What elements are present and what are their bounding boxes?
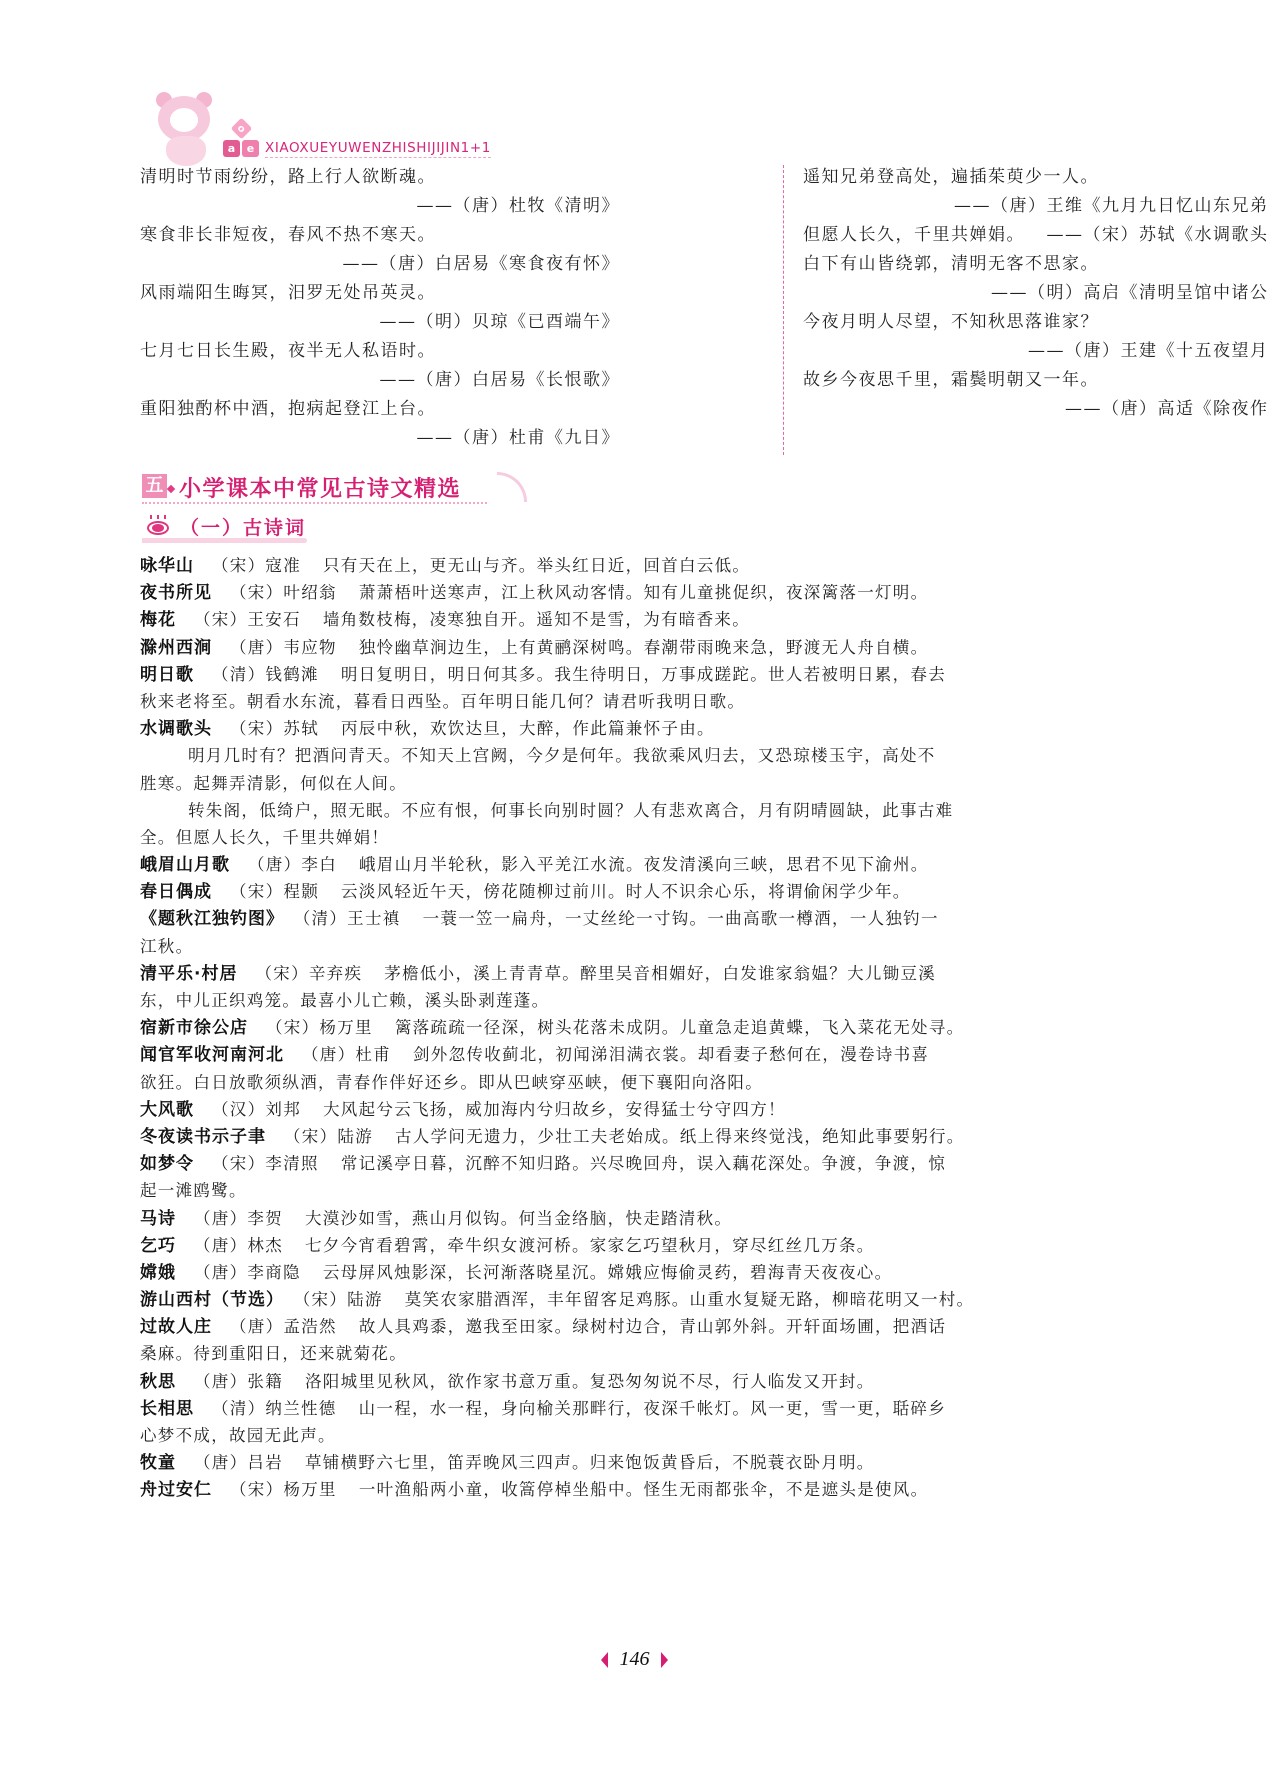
poem-entry: 舟过安仁（宋）杨万里一叶渔船两小童，收篙停棹坐船中。怪生无雨都张伞，不是遮头是使… <box>140 1476 1152 1503</box>
poem-author: （唐）韦应物 <box>230 638 337 657</box>
quote-text: 遥知兄弟登高处，遍插茱萸少一人。 <box>803 163 1269 192</box>
poem-author: （宋）寇准 <box>212 556 301 575</box>
poem-entry: 马诗（唐）李贺大漠沙如雪，燕山月似钩。何当金络脑，快走踏清秋。 <box>140 1205 1152 1232</box>
page-number-value: 146 <box>620 1648 650 1670</box>
poem-author: （清）纳兰性德 <box>212 1399 337 1418</box>
arrow-left-icon <box>601 1652 608 1668</box>
poem-text: 篱落疏疏一径深，树头花落未成阴。儿童急走追黄蝶，飞入菜花无处寻。 <box>395 1018 965 1037</box>
poem-title: 滁州西涧 <box>140 638 212 658</box>
poem-title: 春日偶成 <box>140 882 212 902</box>
poem-text: 全。但愿人长久，千里共婵娟！ <box>140 828 389 847</box>
quote-source: ——（唐）杜甫《九日》 <box>140 424 620 453</box>
poem-entry: 清平乐·村居（宋）辛弃疾茅檐低小，溪上青青草。醉里吴音相媚好，白发谁家翁媪？大儿… <box>140 960 1152 1014</box>
poem-text: 故人具鸡黍，邀我至田家。绿树村边合，青山郭外斜。开轩面场圃，把酒话 <box>359 1317 946 1336</box>
quote-text: 但愿人长久，千里共婵娟。 <box>803 221 1025 250</box>
poem-text: 大风起兮云飞扬，威加海内兮归故乡，安得猛士兮守四方！ <box>323 1100 786 1119</box>
poem-line: 欲狂。白日放歌须纵酒，青春作伴好还乡。即从巴峡穿巫峡，便下襄阳向洛阳。 <box>140 1069 1152 1096</box>
poem-line: 梅花（宋）王安石墙角数枝梅，凌寒独自开。遥知不是雪，为有暗香来。 <box>140 606 1152 633</box>
quote-inline: 但愿人长久，千里共婵娟。 ——（宋）苏轼《水调歌头》 <box>803 221 1269 250</box>
poem-line: 全。但愿人长久，千里共婵娟！ <box>140 824 1152 851</box>
poem-author: （宋）陆游 <box>302 1290 383 1309</box>
poem-entry: 如梦令（宋）李清照常记溪亭日暮，沉醉不知归路。兴尽晚回舟，误入藕花深处。争渡，争… <box>140 1150 1152 1204</box>
quote-text: 重阳独酌杯中酒，抱病起登江上台。 <box>140 395 620 424</box>
poem-text: 江秋。 <box>140 937 193 956</box>
poem-author: （唐）杜甫 <box>302 1045 391 1064</box>
poem-author: （汉）刘邦 <box>212 1100 301 1119</box>
poem-text: 云淡风轻近午天，傍花随柳过前川。时人不识余心乐，将谓偷闲学少年。 <box>341 882 911 901</box>
poem-line: 牧童（唐）吕岩草铺横野六七里，笛弄晚风三四声。归来饱饭黄昏后，不脱蓑衣卧月明。 <box>140 1449 1152 1476</box>
poem-text: 草铺横野六七里，笛弄晚风三四声。归来饱饭黄昏后，不脱蓑衣卧月明。 <box>305 1453 875 1472</box>
poem-line: 江秋。 <box>140 933 1152 960</box>
quotes-right-column: 遥知兄弟登高处，遍插茱萸少一人。 ——（唐）王维《九月九日忆山东兄弟》 但愿人长… <box>803 163 1269 424</box>
poem-text: 东，中儿正织鸡笼。最喜小儿亡赖，溪头卧剥莲蓬。 <box>140 991 549 1010</box>
poem-title: 冬夜读书示子聿 <box>140 1127 266 1147</box>
poem-author: （清）钱鹤滩 <box>212 665 319 684</box>
poem-line: 峨眉山月歌（唐）李白峨眉山月半轮秋，影入平羌江水流。夜发清溪向三峡，思君不见下渝… <box>140 851 1152 878</box>
quote-source: ——（宋）苏轼《水调歌头》 <box>1047 221 1269 250</box>
poem-entry: 宿新市徐公店（宋）杨万里篱落疏疏一径深，树头花落未成阴。儿童急走追黄蝶，飞入菜花… <box>140 1014 1152 1041</box>
poem-line: 咏华山（宋）寇准只有天在上，更无山与齐。举头红日近，回首白云低。 <box>140 552 1152 579</box>
poem-text: 转朱阁，低绮户，照无眠。不应有恨，何事长向别时圆？人有悲欢离合，月有阴晴圆缺，此… <box>188 801 953 820</box>
section-heading: 五 小学课本中常见古诗文精选 <box>142 470 542 506</box>
poem-text: 一叶渔船两小童，收篙停棹坐船中。怪生无雨都张伞，不是遮头是使风。 <box>359 1480 929 1499</box>
poem-text: 起一滩鸥鹭。 <box>140 1181 247 1200</box>
arrow-right-icon <box>661 1652 668 1668</box>
brand-title: XIAOXUEYUWENZHISHIJIJIN1+1 <box>265 140 491 158</box>
poem-entry: 牧童（唐）吕岩草铺横野六七里，笛弄晚风三四声。归来饱饭黄昏后，不脱蓑衣卧月明。 <box>140 1449 1152 1476</box>
poem-line: 滁州西涧（唐）韦应物独怜幽草涧边生，上有黄鹂深树鸣。春潮带雨晚来急，野渡无人舟自… <box>140 634 1152 661</box>
poem-text: 明日复明日，明日何其多。我生待明日，万事成蹉跎。世人若被明日累，春去 <box>341 665 946 684</box>
poem-title: 嫦娥 <box>140 1263 176 1283</box>
poem-line: 胜寒。起舞弄清影，何似在人间。 <box>140 770 1152 797</box>
subsection-underline <box>142 538 307 543</box>
subsection-heading: （一）古诗词 <box>142 511 312 541</box>
poem-title: 大风歌 <box>140 1100 194 1120</box>
poem-text: 云母屏风烛影深，长河渐落晓星沉。嫦娥应悔偷灵药，碧海青天夜夜心。 <box>323 1263 893 1282</box>
poem-entry: 秋思（唐）张籍洛阳城里见秋风，欲作家书意万重。复恐匆匆说不尽，行人临发又开封。 <box>140 1368 1152 1395</box>
poem-text: 常记溪亭日暮，沉醉不知归路。兴尽晚回舟，误入藕花深处。争渡，争渡，惊 <box>341 1154 946 1173</box>
poem-text: 古人学问无遗力，少壮工夫老始成。纸上得来终觉浅，绝知此事要躬行。 <box>395 1127 965 1146</box>
poem-text: 欲狂。白日放歌须纵酒，青春作伴好还乡。即从巴峡穿巫峡，便下襄阳向洛阳。 <box>140 1073 763 1092</box>
poem-text: 丙辰中秋，欢饮达旦，大醉，作此篇兼怀子由。 <box>341 719 715 738</box>
quote-text: 今夜月明人尽望，不知秋思落谁家？ <box>803 308 1269 337</box>
poem-title: 如梦令 <box>140 1154 194 1174</box>
poem-entry: 峨眉山月歌（唐）李白峨眉山月半轮秋，影入平羌江水流。夜发清溪向三峡，思君不见下渝… <box>140 851 1152 878</box>
poem-author: （唐）李商隐 <box>194 1263 301 1282</box>
poem-line: 宿新市徐公店（宋）杨万里篱落疏疏一径深，树头花落未成阴。儿童急走追黄蝶，飞入菜花… <box>140 1014 1152 1041</box>
poem-author: （唐）吕岩 <box>194 1453 283 1472</box>
poem-text: 剑外忽传收蓟北，初闻涕泪满衣裳。却看妻子愁何在，漫卷诗书喜 <box>413 1045 929 1064</box>
poem-title: 闻官军收河南河北 <box>140 1045 284 1065</box>
mascot-illustration-icon <box>140 90 225 170</box>
poem-text: 秋来老将至。朝看水东流，暮看日西坠。百年明日能几何？请君听我明日歌。 <box>140 692 745 711</box>
poem-line: 《题秋江独钓图》（清）王士禛一蓑一笠一扁舟，一丈丝纶一寸钩。一曲高歌一樽酒，一人… <box>140 905 1152 932</box>
quote-text: 故乡今夜思千里，霜鬓明朝又一年。 <box>803 366 1269 395</box>
eye-icon <box>142 515 174 537</box>
poem-entry: 大风歌（汉）刘邦大风起兮云飞扬，威加海内兮归故乡，安得猛士兮守四方！ <box>140 1096 1152 1123</box>
poem-title: 峨眉山月歌 <box>140 855 230 875</box>
section-title: 小学课本中常见古诗文精选 <box>179 472 461 503</box>
poem-author: （唐）孟浩然 <box>230 1317 337 1336</box>
poem-title: 舟过安仁 <box>140 1480 212 1500</box>
poem-title: 过故人庄 <box>140 1317 212 1337</box>
poem-line: 心梦不成，故园无此声。 <box>140 1422 1152 1449</box>
poem-line: 水调歌头（宋）苏轼丙辰中秋，欢饮达旦，大醉，作此篇兼怀子由。 <box>140 715 1152 742</box>
poem-entry: 水调歌头（宋）苏轼丙辰中秋，欢饮达旦，大醉，作此篇兼怀子由。明月几时有？把酒问青… <box>140 715 1152 851</box>
poem-title: 咏华山 <box>140 556 194 576</box>
quote-source: ——（唐）高适《除夜作》 <box>803 395 1269 424</box>
poem-text: 一蓑一笠一扁舟，一丈丝纶一寸钩。一曲高歌一樽酒，一人独钓一 <box>423 909 939 928</box>
poem-line: 长相思（清）纳兰性德山一程，水一程，身向榆关那畔行，夜深千帐灯。风一更，雪一更，… <box>140 1395 1152 1422</box>
poem-author: （宋）辛弃疾 <box>255 964 362 983</box>
poem-line: 乞巧（唐）林杰七夕今宵看碧霄，牵牛织女渡河桥。家家乞巧望秋月，穿尽红丝几万条。 <box>140 1232 1152 1259</box>
column-divider <box>783 165 784 455</box>
poem-text: 明月几时有？把酒问青天。不知天上宫阙，今夕是何年。我欲乘风归去，又恐琼楼玉宇，高… <box>188 746 936 765</box>
poem-author: （宋）王安石 <box>194 610 301 629</box>
poem-title: 牧童 <box>140 1453 176 1473</box>
section-number: 五 <box>142 474 167 498</box>
quote-source: ——（唐）王维《九月九日忆山东兄弟》 <box>803 192 1269 221</box>
page-number: 146 <box>0 1648 1269 1671</box>
poem-author: （唐）张籍 <box>194 1372 283 1391</box>
poem-line: 舟过安仁（宋）杨万里一叶渔船两小童，收篙停棹坐船中。怪生无雨都张伞，不是遮头是使… <box>140 1476 1152 1503</box>
poem-line: 起一滩鸥鹭。 <box>140 1177 1152 1204</box>
poem-author: （唐）林杰 <box>194 1236 283 1255</box>
poem-author: （唐）李白 <box>248 855 337 874</box>
poem-line: 冬夜读书示子聿（宋）陆游古人学问无遗力，少壮工夫老始成。纸上得来终觉浅，绝知此事… <box>140 1123 1152 1150</box>
poem-text: 莫笑农家腊酒浑，丰年留客足鸡豚。山重水复疑无路，柳暗花明又一村。 <box>405 1290 975 1309</box>
poem-line: 明日歌（清）钱鹤滩明日复明日，明日何其多。我生待明日，万事成蹉跎。世人若被明日累… <box>140 661 1152 688</box>
signal-waves-icon <box>497 472 527 502</box>
poem-line: 明月几时有？把酒问青天。不知天上宫阙，今夕是何年。我欲乘风归去，又恐琼楼玉宇，高… <box>140 742 1152 769</box>
poem-entry: 长相思（清）纳兰性德山一程，水一程，身向榆关那畔行，夜深千帐灯。风一更，雪一更，… <box>140 1395 1152 1449</box>
quote-text: 清明时节雨纷纷，路上行人欲断魂。 <box>140 163 620 192</box>
quote-text: 风雨端阳生晦冥，汨罗无处吊英灵。 <box>140 279 620 308</box>
quote-text: 寒食非长非短夜，春风不热不寒天。 <box>140 221 620 250</box>
poem-text: 萧萧梧叶送寒声，江上秋风动客情。知有儿童挑促织，夜深篱落一灯明。 <box>359 583 929 602</box>
poem-entry: 梅花（宋）王安石墙角数枝梅，凌寒独自开。遥知不是雪，为有暗香来。 <box>140 606 1152 633</box>
section-dotted-rule <box>142 502 487 504</box>
poem-text: 大漠沙如雪，燕山月似钩。何当金络脑，快走踏清秋。 <box>305 1209 732 1228</box>
quote-text: 七月七日长生殿，夜半无人私语时。 <box>140 337 620 366</box>
quote-source: ——（唐）杜牧《清明》 <box>140 192 620 221</box>
poem-title: 《题秋江独钓图》 <box>140 909 284 929</box>
section-bullet-icon <box>167 485 175 493</box>
poem-entry: 闻官军收河南河北（唐）杜甫剑外忽传收蓟北，初闻涕泪满衣裳。却看妻子愁何在，漫卷诗… <box>140 1041 1152 1095</box>
poem-text: 七夕今宵看碧霄，牵牛织女渡河桥。家家乞巧望秋月，穿尽红丝几万条。 <box>305 1236 875 1255</box>
poem-title: 秋思 <box>140 1372 176 1392</box>
poem-title: 乞巧 <box>140 1236 176 1256</box>
poem-title: 清平乐·村居 <box>140 964 237 984</box>
poem-list: 咏华山（宋）寇准只有天在上，更无山与齐。举头红日近，回首白云低。夜书所见（宋）叶… <box>140 552 1152 1504</box>
poem-line: 桑麻。待到重阳日，还来就菊花。 <box>140 1340 1152 1367</box>
poem-author: （宋）李清照 <box>212 1154 319 1173</box>
poem-author: （宋）叶绍翁 <box>230 583 337 602</box>
quote-text: 白下有山皆绕郭，清明无客不思家。 <box>803 250 1269 279</box>
quote-source: ——（唐）王建《十五夜望月》 <box>803 337 1269 366</box>
poem-title: 水调歌头 <box>140 719 212 739</box>
poem-line: 闻官军收河南河北（唐）杜甫剑外忽传收蓟北，初闻涕泪满衣裳。却看妻子愁何在，漫卷诗… <box>140 1041 1152 1068</box>
poem-line: 秋思（唐）张籍洛阳城里见秋风，欲作家书意万重。复恐匆匆说不尽，行人临发又开封。 <box>140 1368 1152 1395</box>
poem-text: 胜寒。起舞弄清影，何似在人间。 <box>140 774 407 793</box>
poem-text: 只有天在上，更无山与齐。举头红日近，回首白云低。 <box>323 556 750 575</box>
poem-text: 茅檐低小，溪上青青草。醉里吴音相媚好，白发谁家翁媪？大儿锄豆溪 <box>384 964 936 983</box>
poem-entry: 滁州西涧（唐）韦应物独怜幽草涧边生，上有黄鹂深树鸣。春潮带雨晚来急，野渡无人舟自… <box>140 634 1152 661</box>
poem-text: 独怜幽草涧边生，上有黄鹂深树鸣。春潮带雨晚来急，野渡无人舟自横。 <box>359 638 929 657</box>
poem-entry: 《题秋江独钓图》（清）王士禛一蓑一笠一扁舟，一丈丝纶一寸钩。一曲高歌一樽酒，一人… <box>140 905 1152 959</box>
poem-line: 秋来老将至。朝看水东流，暮看日西坠。百年明日能几何？请君听我明日歌。 <box>140 688 1152 715</box>
subsection-title: （一）古诗词 <box>180 513 306 540</box>
page-header: o a e XIAOXUEYUWENZHISHIJIJIN1+1 <box>140 80 660 170</box>
poem-title: 明日歌 <box>140 665 194 685</box>
poem-author: （唐）李贺 <box>194 1209 283 1228</box>
poem-line: 夜书所见（宋）叶绍翁萧萧梧叶送寒声，江上秋风动客情。知有儿童挑促织，夜深篱落一灯… <box>140 579 1152 606</box>
poem-entry: 过故人庄（唐）孟浩然故人具鸡黍，邀我至田家。绿树村边合，青山郭外斜。开轩面场圃，… <box>140 1313 1152 1367</box>
poem-line: 过故人庄（唐）孟浩然故人具鸡黍，邀我至田家。绿树村边合，青山郭外斜。开轩面场圃，… <box>140 1313 1152 1340</box>
poem-author: （清）王士禛 <box>302 909 401 928</box>
poem-entry: 冬夜读书示子聿（宋）陆游古人学问无遗力，少壮工夫老始成。纸上得来终觉浅，绝知此事… <box>140 1123 1152 1150</box>
quote-source: ——（明）高启《清明呈馆中诸公》 <box>803 279 1269 308</box>
poem-line: 嫦娥（唐）李商隐云母屏风烛影深，长河渐落晓星沉。嫦娥应悔偷灵药，碧海青天夜夜心。 <box>140 1259 1152 1286</box>
poem-entry: 夜书所见（宋）叶绍翁萧萧梧叶送寒声，江上秋风动客情。知有儿童挑促织，夜深篱落一灯… <box>140 579 1152 606</box>
poem-author: （宋）陆游 <box>284 1127 373 1146</box>
poem-author: （宋）杨万里 <box>266 1018 373 1037</box>
letter-blocks-icon: o a e <box>223 120 263 160</box>
poem-title: 长相思 <box>140 1399 194 1419</box>
poem-entry: 乞巧（唐）林杰七夕今宵看碧霄，牵牛织女渡河桥。家家乞巧望秋月，穿尽红丝几万条。 <box>140 1232 1152 1259</box>
quote-source: ——（唐）白居易《寒食夜有怀》 <box>140 250 620 279</box>
poem-author: （宋）程颢 <box>230 882 319 901</box>
poem-line: 春日偶成（宋）程颢云淡风轻近午天，傍花随柳过前川。时人不识余心乐，将谓偷闲学少年… <box>140 878 1152 905</box>
quote-source: ——（唐）白居易《长恨歌》 <box>140 366 620 395</box>
poem-author: （宋）苏轼 <box>230 719 319 738</box>
poem-title: 马诗 <box>140 1209 176 1229</box>
poem-title: 夜书所见 <box>140 583 212 603</box>
poem-title: 梅花 <box>140 610 176 630</box>
poem-text: 峨眉山月半轮秋，影入平羌江水流。夜发清溪向三峡，思君不见下渝州。 <box>359 855 929 874</box>
poem-entry: 明日歌（清）钱鹤滩明日复明日，明日何其多。我生待明日，万事成蹉跎。世人若被明日累… <box>140 661 1152 715</box>
poem-entry: 嫦娥（唐）李商隐云母屏风烛影深，长河渐落晓星沉。嫦娥应悔偷灵药，碧海青天夜夜心。 <box>140 1259 1152 1286</box>
poem-entry: 游山西村（节选）（宋）陆游莫笑农家腊酒浑，丰年留客足鸡豚。山重水复疑无路，柳暗花… <box>140 1286 1152 1313</box>
poem-entry: 咏华山（宋）寇准只有天在上，更无山与齐。举头红日近，回首白云低。 <box>140 552 1152 579</box>
poem-line: 转朱阁，低绮户，照无眠。不应有恨，何事长向别时圆？人有悲欢离合，月有阴晴圆缺，此… <box>140 797 1152 824</box>
poem-text: 心梦不成，故园无此声。 <box>140 1426 336 1445</box>
quote-source: ——（明）贝琼《已酉端午》 <box>140 308 620 337</box>
poem-line: 马诗（唐）李贺大漠沙如雪，燕山月似钩。何当金络脑，快走踏清秋。 <box>140 1205 1152 1232</box>
poem-line: 清平乐·村居（宋）辛弃疾茅檐低小，溪上青青草。醉里吴音相媚好，白发谁家翁媪？大儿… <box>140 960 1152 987</box>
poem-text: 墙角数枝梅，凌寒独自开。遥知不是雪，为有暗香来。 <box>323 610 750 629</box>
poem-entry: 春日偶成（宋）程颢云淡风轻近午天，傍花随柳过前川。时人不识余心乐，将谓偷闲学少年… <box>140 878 1152 905</box>
quotes-left-column: 清明时节雨纷纷，路上行人欲断魂。 ——（唐）杜牧《清明》 寒食非长非短夜，春风不… <box>140 163 620 453</box>
poem-text: 桑麻。待到重阳日，还来就菊花。 <box>140 1344 407 1363</box>
poem-line: 游山西村（节选）（宋）陆游莫笑农家腊酒浑，丰年留客足鸡豚。山重水复疑无路，柳暗花… <box>140 1286 1152 1313</box>
poem-title: 宿新市徐公店 <box>140 1018 248 1038</box>
festival-quotes: 清明时节雨纷纷，路上行人欲断魂。 ——（唐）杜牧《清明》 寒食非长非短夜，春风不… <box>140 163 1150 453</box>
poem-text: 洛阳城里见秋风，欲作家书意万重。复恐匆匆说不尽，行人临发又开封。 <box>305 1372 875 1391</box>
poem-line: 大风歌（汉）刘邦大风起兮云飞扬，威加海内兮归故乡，安得猛士兮守四方！ <box>140 1096 1152 1123</box>
poem-title: 游山西村（节选） <box>140 1290 284 1310</box>
poem-line: 如梦令（宋）李清照常记溪亭日暮，沉醉不知归路。兴尽晚回舟，误入藕花深处。争渡，争… <box>140 1150 1152 1177</box>
poem-line: 东，中儿正织鸡笼。最喜小儿亡赖，溪头卧剥莲蓬。 <box>140 987 1152 1014</box>
poem-author: （宋）杨万里 <box>230 1480 337 1499</box>
poem-text: 山一程，水一程，身向榆关那畔行，夜深千帐灯。风一更，雪一更，聒碎乡 <box>359 1399 946 1418</box>
